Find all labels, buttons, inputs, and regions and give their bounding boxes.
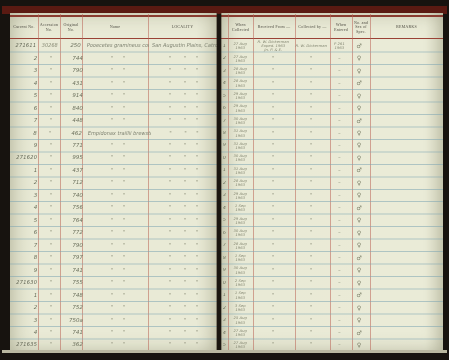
cell-collected-by: " (294, 293, 329, 299)
ledger-row-left: 9"771" "" " " (10, 140, 217, 152)
cell-when-collected: 28 Aug 1963 (228, 79, 253, 87)
cell-accession-no: " (40, 143, 61, 149)
cell-when-entered: – (329, 131, 351, 137)
cell-current-no: 2 (10, 305, 40, 311)
cell-name: " " (86, 118, 150, 124)
cell-when-collected: 30 Aug 1963 (228, 117, 253, 125)
cell-collected-by: " (294, 155, 329, 161)
cell-name: Empidonax traillii brewsteri (85, 131, 151, 137)
cell-locality: " " " (150, 81, 217, 87)
cell-margin-digit: 7 (221, 243, 228, 248)
ledger-left-page: Current No. Accession No. Original No. N… (10, 13, 217, 352)
cell-received-from: " (253, 106, 294, 112)
cell-when-entered: – (329, 280, 351, 286)
header-received-from: Received From — (253, 25, 295, 30)
cell-when-entered: – (329, 118, 351, 124)
cell-original-no: 790 (62, 68, 86, 74)
cell-accession-no: " (40, 56, 61, 62)
cell-current-no: 8 (10, 131, 40, 137)
cell-when-collected: 29 Aug 1963 (228, 217, 253, 225)
cell-margin-digit: 4 (221, 331, 228, 336)
cell-current-no: 5 (10, 218, 40, 224)
ledger-row-right: 23 Sep 1963""–♀ (221, 302, 443, 314)
cell-accession-no: " (40, 193, 61, 199)
cell-accession-no: " (40, 255, 61, 261)
ledger-row-left: 4"431" "" " " (10, 77, 217, 89)
cell-accession-no: " (40, 155, 61, 161)
cell-received-from: " (253, 255, 294, 261)
cell-when-entered: – (329, 155, 351, 161)
cell-original-no: 755 (62, 280, 86, 286)
cell-original-no: 752 (62, 305, 86, 311)
cell-original-no: 431 (62, 81, 86, 87)
ledger-row-left: 2"712" "" " " (10, 177, 217, 189)
cell-original-no: 750a (62, 318, 86, 324)
cell-collected-by: " (294, 318, 329, 324)
cell-when-collected: 30 Aug 1963 (228, 266, 253, 274)
cell-collected-by: " (294, 180, 329, 186)
cell-locality: " " " (150, 293, 217, 299)
cell-when-entered: P 261 1963 (329, 42, 351, 50)
cell-name: " " (86, 155, 150, 161)
ledger-row-right: 831 Aug 1963""–♀ (221, 127, 443, 139)
cell-current-no: 4 (10, 205, 40, 211)
ledger-row-right: 131 Aug 1963""–♂ (221, 165, 443, 177)
ledger-row-left: 5"914" "" " " (10, 90, 217, 102)
cell-when-entered: – (329, 243, 351, 249)
cell-original-no: 744 (62, 56, 86, 62)
cell-current-no: 3 (10, 68, 40, 74)
cell-current-no: 7 (10, 243, 40, 249)
cell-received-from: " (253, 230, 294, 236)
cell-when-entered: – (329, 106, 351, 112)
cell-name: " " (86, 280, 150, 286)
cell-when-entered: – (329, 180, 351, 186)
header-remarks: REMARKS (370, 25, 443, 30)
ledger-row-right: 529 Aug 1963""–♀ (221, 90, 443, 102)
cell-locality: " " " (150, 155, 217, 161)
ledger-row-left: 7"790" "" " " (10, 240, 217, 252)
cell-received-from: " (253, 155, 294, 161)
cell-when-collected: 2 Sep 1963 (228, 279, 253, 287)
header-locality: LOCALITY (148, 25, 217, 30)
cell-sex: ♂ (350, 167, 368, 174)
cell-margin-digit: 0 (221, 281, 228, 286)
cell-received-from: R. W. Dickerman Exped. 1963 Jn. P. & E. (253, 40, 294, 53)
cell-collected-by: " (294, 118, 329, 124)
cell-when-collected: 27 Aug 1963 (228, 42, 253, 50)
cell-locality: " " " (150, 318, 217, 324)
cell-accession-no: " (40, 81, 61, 87)
cell-locality: " " " (151, 131, 217, 137)
cell-margin-digit: 7 (221, 119, 228, 124)
cell-current-no: 271620 (10, 155, 40, 161)
cell-when-entered: – (329, 230, 351, 236)
cell-when-collected: 31 Aug 1963 (228, 167, 253, 175)
cell-received-from: " (253, 168, 294, 174)
cell-received-from: " (253, 56, 294, 62)
cell-original-no: 250 (60, 43, 84, 49)
cell-current-no: 9 (10, 268, 40, 274)
cell-current-no: 1 (10, 293, 40, 299)
cell-collected-by: " (294, 131, 329, 137)
cell-original-no: 362 (62, 342, 86, 348)
cell-name: " " (86, 143, 150, 149)
ledger-row-right: 11 Sep 1963""–♂ (221, 289, 443, 301)
cell-current-no: 2 (10, 180, 40, 186)
cell-collected-by: " (294, 255, 329, 261)
cell-accession-no: " (40, 205, 61, 211)
cell-locality: San Augustin Plains, Catron Co., New Mex… (149, 43, 217, 49)
cell-name: " " (86, 56, 150, 62)
cell-margin-digit: 2 (221, 56, 228, 61)
cell-sex: ♂ (350, 118, 368, 125)
cell-collected-by: " (294, 330, 329, 336)
ledger-row-right: 728 Aug 1963""–♀ (221, 240, 443, 252)
cell-margin-digit: 9 (221, 143, 228, 148)
cell-locality: " " " (150, 180, 217, 186)
ledger-row-right: 427 Aug 1963""–♂ (221, 327, 443, 339)
cell-received-from: " (253, 342, 294, 348)
cell-accession-no: " (40, 305, 61, 311)
ledger-row-left: 3"790" "" " " (10, 65, 217, 77)
cell-collected-by: " (294, 243, 329, 249)
cell-collected-by: " (294, 143, 329, 149)
cell-accession-no: " (40, 280, 61, 286)
left-header-row: Current No. Accession No. Original No. N… (10, 16, 217, 39)
cell-original-no: 741 (62, 268, 86, 274)
cell-current-no: 6 (10, 230, 40, 236)
cell-original-no: 740 (62, 193, 86, 199)
ledger-row-right: 529 Aug 1963""–♀ (221, 215, 443, 227)
cell-margin-digit: 1 (221, 44, 228, 49)
cell-current-no: 271611 (10, 43, 39, 49)
cell-locality: " " " (150, 106, 217, 112)
ledger-row-right: 127 Aug 1963R. W. Dickerman Exped. 1963 … (221, 40, 443, 52)
cell-sex: ♀ (350, 93, 368, 100)
cell-margin-digit: 8 (221, 131, 228, 136)
cell-original-no: 772 (62, 230, 86, 236)
cell-when-entered: – (329, 305, 351, 311)
cell-when-entered: – (329, 68, 351, 74)
cell-current-no: 8 (10, 255, 40, 261)
cell-when-entered: – (329, 293, 351, 299)
ledger-row-right: 630 Aug 1963""–♀ (221, 227, 443, 239)
cell-when-collected: 3 Sep 1963 (228, 304, 253, 312)
cell-accession-no: " (40, 168, 61, 174)
cell-collected-by: " (294, 305, 329, 311)
cell-original-no: 741 (62, 330, 86, 336)
ledger-row-left: 2"752" "" " " (10, 302, 217, 314)
cell-locality: " " " (150, 268, 217, 274)
cell-accession-no: " (40, 318, 61, 324)
cell-margin-digit: 0 (221, 156, 228, 161)
ledger-row-left: 27161130268250Pooecetes gramineus confin… (10, 40, 217, 52)
cell-when-collected: 25 Aug 1963 (228, 316, 253, 324)
cell-sex: ♂ (350, 43, 368, 50)
cell-locality: " " " (150, 68, 217, 74)
cell-sex: ♀ (350, 342, 368, 349)
cell-collected-by: " (294, 106, 329, 112)
ledger-photo: Current No. Accession No. Original No. N… (0, 0, 449, 360)
header-when-entered: When Entered (330, 23, 352, 32)
cell-name: " " (86, 93, 150, 99)
cell-received-from: " (253, 143, 294, 149)
cell-when-collected: 31 Aug 1963 (228, 129, 253, 137)
ledger-row-left: 2"744" "" " " (10, 52, 217, 64)
cell-name: " " (86, 218, 150, 224)
cell-when-entered: – (329, 168, 351, 174)
cell-current-no: 2 (10, 56, 40, 62)
cell-sex: ♂ (350, 330, 368, 337)
cell-name: " " (86, 81, 150, 87)
cell-sex: ♀ (350, 305, 368, 312)
ledger-row-left: 8"462Empidonax traillii brewsteri" " " (10, 127, 217, 139)
cell-when-collected: 29 Aug 1963 (228, 104, 253, 112)
cell-name: " " (86, 180, 150, 186)
cell-when-entered: – (329, 218, 351, 224)
cell-received-from: " (253, 118, 294, 124)
ledger-row-left: 271620"995" "" " " (10, 152, 217, 164)
cell-when-collected: 29 Aug 1963 (228, 92, 253, 100)
header-name: Name (82, 25, 148, 30)
cell-sex: ♀ (350, 155, 368, 162)
cell-original-no: 771 (62, 143, 86, 149)
cell-accession-no: " (40, 106, 61, 112)
ledger-row-left: 3"740" "" " " (10, 190, 217, 202)
cell-sex: ♀ (350, 230, 368, 237)
right-rows: 127 Aug 1963R. W. Dickerman Exped. 1963 … (221, 40, 443, 352)
cell-locality: " " " (150, 205, 217, 211)
cell-collected-by: " (294, 93, 329, 99)
cell-sex: ♀ (350, 142, 368, 149)
cell-name: " " (86, 193, 150, 199)
right-header-row: When Collected Received From — Collected… (221, 16, 443, 39)
ledger-row-right: 81 Sep 1963""–♂ (221, 252, 443, 264)
header-current-no: Current No. (10, 25, 38, 30)
cell-received-from: " (253, 205, 294, 211)
cell-name: " " (86, 230, 150, 236)
cell-received-from: " (253, 93, 294, 99)
cell-original-no: 437 (62, 168, 86, 174)
cell-name: " " (86, 68, 150, 74)
cell-margin-digit: 8 (221, 256, 228, 261)
ledger-row-left: 1"437" "" " " (10, 165, 217, 177)
cell-name: " " (86, 268, 150, 274)
ledger-row-left: 4"741" "" " " (10, 327, 217, 339)
cell-sex: ♂ (350, 80, 368, 87)
cell-collected-by: " (294, 168, 329, 174)
cell-when-collected: 30 Aug 1963 (228, 154, 253, 162)
cell-collected-by: " (294, 205, 329, 211)
cell-margin-digit: 3 (221, 318, 228, 323)
ledger-row-right: 227 Aug 1963""–♀ (221, 52, 443, 64)
cell-sex: ♀ (350, 180, 368, 187)
cell-sex: ♂ (350, 205, 368, 212)
cell-accession-no: 30268 (39, 43, 60, 49)
cell-collected-by: " (294, 280, 329, 286)
cell-locality: " " " (150, 280, 217, 286)
cell-sex: ♀ (350, 55, 368, 62)
cell-when-entered: – (329, 268, 351, 274)
cell-current-no: 4 (10, 330, 40, 336)
cell-name: " " (86, 342, 150, 348)
cell-current-no: 271630 (10, 280, 40, 286)
cell-name: " " (86, 205, 150, 211)
cell-current-no: 1 (10, 168, 40, 174)
cell-received-from: " (253, 268, 294, 274)
cell-collected-by: " (294, 218, 329, 224)
ledger-row-left: 5"764" "" " " (10, 215, 217, 227)
ledger-row-left: 7"448" "" " " (10, 115, 217, 127)
cell-accession-no: " (40, 293, 61, 299)
cell-name: " " (86, 305, 150, 311)
cell-accession-no: " (40, 68, 61, 74)
cell-when-collected: 28 Aug 1963 (228, 242, 253, 250)
cell-locality: " " " (150, 330, 217, 336)
cell-margin-digit: 3 (221, 193, 228, 198)
cell-locality: " " " (150, 56, 217, 62)
cell-locality: " " " (150, 243, 217, 249)
cell-name: " " (86, 106, 150, 112)
cell-current-no: 4 (10, 81, 40, 87)
cell-original-no: 840 (62, 106, 86, 112)
cell-locality: " " " (150, 342, 217, 348)
cell-when-entered: – (329, 93, 351, 99)
ledger-row-right: 325 Aug 1963""–♀ (221, 314, 443, 326)
header-collected-by: Collected by — (295, 25, 330, 30)
cell-locality: " " " (150, 143, 217, 149)
cell-received-from: " (253, 318, 294, 324)
cell-when-entered: – (329, 56, 351, 62)
cell-margin-digit: 3 (221, 69, 228, 74)
cell-when-entered: – (329, 205, 351, 211)
page-gutter-shadow (216, 13, 222, 352)
cell-locality: " " " (150, 218, 217, 224)
left-rows: 27161130268250Pooecetes gramineus confin… (10, 40, 217, 352)
cell-when-entered: – (329, 342, 351, 348)
cell-when-entered: – (329, 81, 351, 87)
cell-collected-by: " (294, 268, 329, 274)
ledger-row-left: 8"797" "" " " (10, 252, 217, 264)
cell-original-no: 712 (62, 180, 86, 186)
cell-when-collected: 28 Aug 1963 (228, 67, 253, 75)
cell-received-from: " (253, 243, 294, 249)
ledger-row-left: 1"748" "" " " (10, 289, 217, 301)
cell-sex: ♂ (350, 255, 368, 262)
cell-when-collected: 1 Sep 1963 (228, 204, 253, 212)
cell-received-from: " (253, 193, 294, 199)
cell-margin-digit: 4 (221, 206, 228, 211)
cell-sex: ♀ (350, 217, 368, 224)
cell-margin-digit: 5 (221, 218, 228, 223)
cell-margin-digit: 4 (221, 81, 228, 86)
cell-received-from: " (253, 293, 294, 299)
cell-name: " " (86, 330, 150, 336)
header-when-collected: When Collected (228, 23, 253, 32)
cell-sex: ♀ (350, 105, 368, 112)
ledger-row-right: 428 Aug 1963""–♂ (221, 77, 443, 89)
cell-collected-by: " (294, 230, 329, 236)
cell-collected-by: " (294, 193, 329, 199)
cell-original-no: 756 (62, 205, 86, 211)
cell-locality: " " " (150, 168, 217, 174)
page-bottom-edge (2, 350, 447, 353)
cell-collected-by: R. W. Dickerman (294, 44, 329, 48)
cell-sex: ♀ (350, 130, 368, 137)
cell-sex: ♀ (350, 242, 368, 249)
cell-accession-no: " (40, 268, 61, 274)
cell-original-no: 995 (62, 155, 86, 161)
cell-sex: ♀ (350, 317, 368, 324)
cell-received-from: " (253, 280, 294, 286)
cell-received-from: " (253, 330, 294, 336)
cell-accession-no: " (40, 243, 61, 249)
ledger-row-right: 730 Aug 1963""–♂ (221, 115, 443, 127)
header-accession-no: Accession No. (38, 23, 60, 32)
cell-locality: " " " (150, 93, 217, 99)
cell-margin-digit: 5 (221, 94, 228, 99)
cell-sex: ♀ (350, 68, 368, 75)
ledger-row-right: 41 Sep 1963""–♂ (221, 202, 443, 214)
cell-received-from: " (253, 68, 294, 74)
cell-when-entered: – (329, 330, 351, 336)
cell-locality: " " " (150, 193, 217, 199)
ledger-row-right: 629 Aug 1963""–♀ (221, 102, 443, 114)
ledger-row-right: 02 Sep 1963""–♀ (221, 277, 443, 289)
cell-original-no: 462 (61, 131, 85, 137)
cell-when-collected: 27 Aug 1963 (228, 55, 253, 63)
header-original-no: Original No. (60, 23, 82, 32)
cell-when-collected: 31 Aug 1963 (228, 142, 253, 150)
cell-locality: " " " (150, 118, 217, 124)
cell-received-from: " (253, 81, 294, 87)
cell-collected-by: " (294, 68, 329, 74)
cell-sex: ♀ (350, 192, 368, 199)
cell-when-entered: – (329, 318, 351, 324)
cell-margin-digit: 6 (221, 231, 228, 236)
ledger-row-right: 328 Aug 1963""–♀ (221, 65, 443, 77)
cell-margin-digit: 5 (221, 343, 228, 348)
ledger-row-left: 6"840" "" " " (10, 102, 217, 114)
cell-accession-no: " (40, 342, 61, 348)
cell-current-no: 6 (10, 106, 40, 112)
cell-collected-by: " (294, 81, 329, 87)
ledger-row-right: 030 Aug 1963""–♀ (221, 152, 443, 164)
ledger-row-left: 4"756" "" " " (10, 202, 217, 214)
cell-locality: " " " (150, 255, 217, 261)
ledger-row-left: 6"772" "" " " (10, 227, 217, 239)
cell-current-no: 7 (10, 118, 40, 124)
cell-when-entered: – (329, 255, 351, 261)
cell-when-collected: 1 Sep 1963 (228, 254, 253, 262)
cell-margin-digit: 1 (221, 293, 228, 298)
cell-original-no: 914 (62, 93, 86, 99)
cell-original-no: 790 (62, 243, 86, 249)
ledger-row-right: 930 Aug 1963""–♀ (221, 264, 443, 276)
cell-current-no: 3 (10, 318, 40, 324)
cell-margin-digit: 9 (221, 268, 228, 273)
cell-current-no: 3 (10, 193, 40, 199)
cell-sex: ♀ (350, 280, 368, 287)
cell-collected-by: " (294, 56, 329, 62)
cell-name: " " (86, 255, 150, 261)
cell-when-collected: 1 Sep 1963 (228, 291, 253, 299)
ledger-row-left: 271630"755" "" " " (10, 277, 217, 289)
cell-accession-no: " (40, 93, 61, 99)
cell-when-collected: 27 Aug 1963 (228, 329, 253, 337)
ledger-row-right: 329 Aug 1963""–♀ (221, 190, 443, 202)
